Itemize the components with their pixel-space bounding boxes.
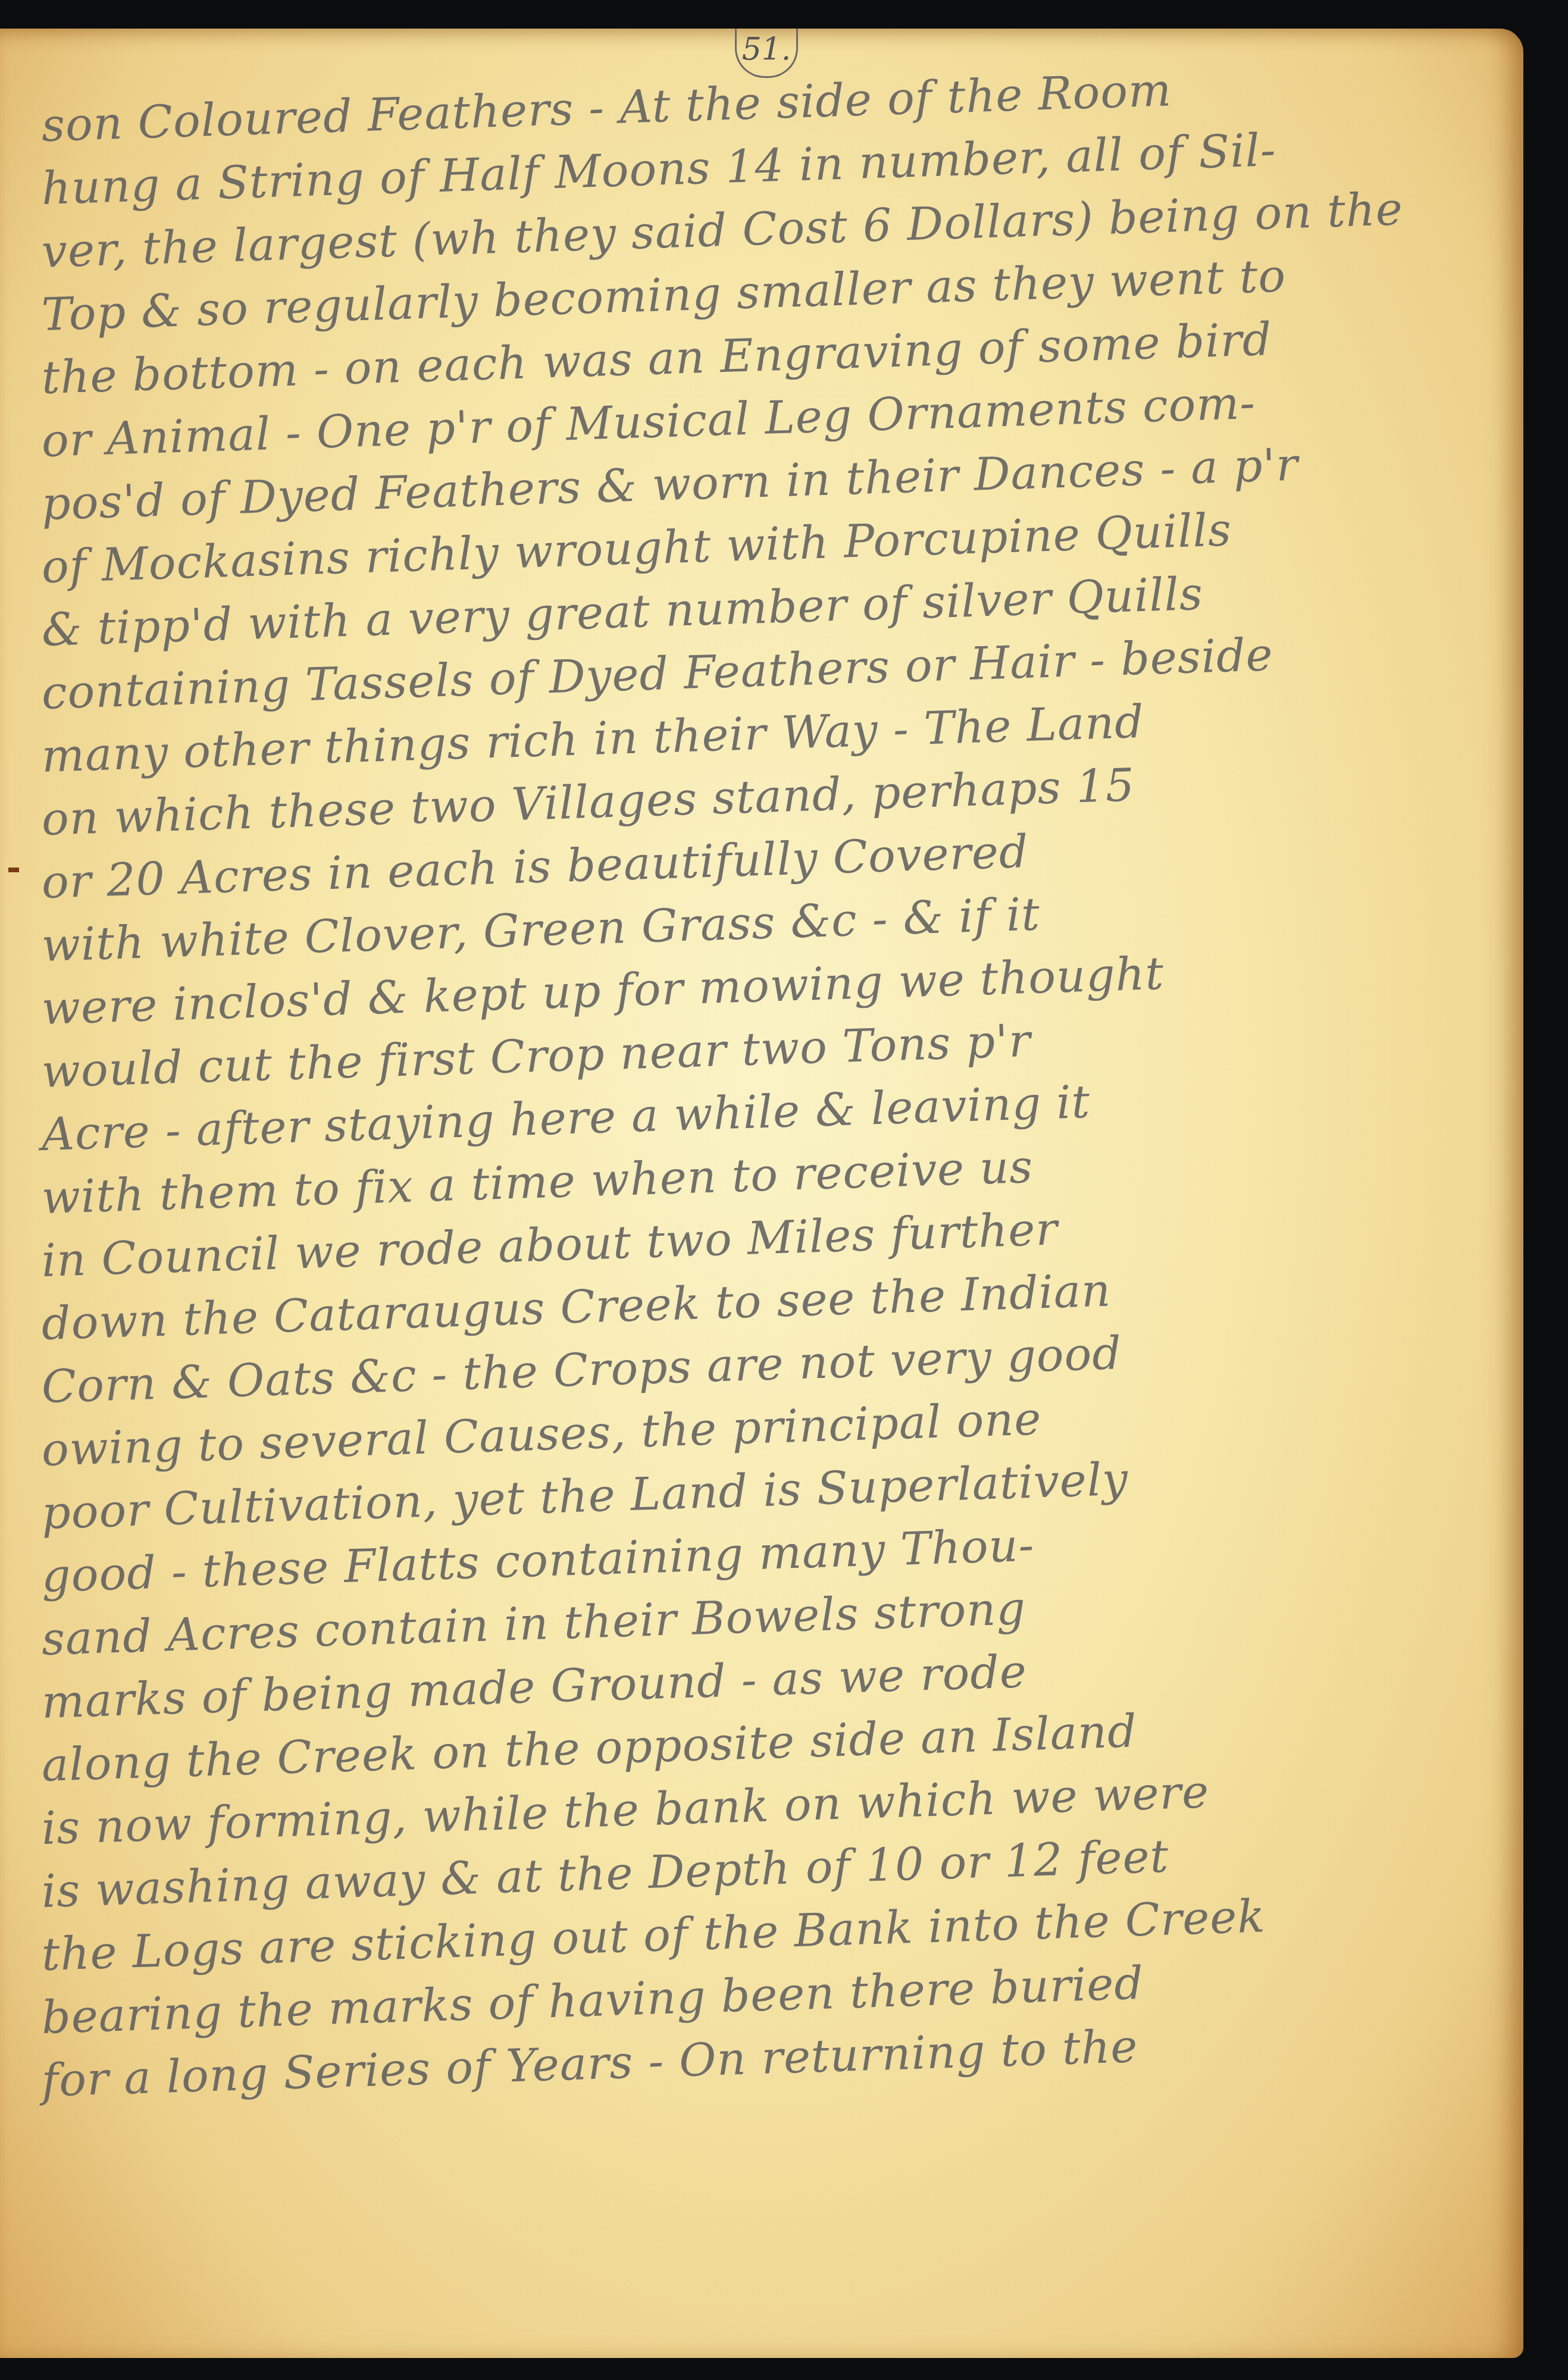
handwritten-text: son Coloured Feathers - At the side of t… xyxy=(42,94,1494,2112)
margin-mark xyxy=(8,868,19,872)
manuscript-page: 51. son Coloured Feathers - At the side … xyxy=(0,29,1523,2358)
